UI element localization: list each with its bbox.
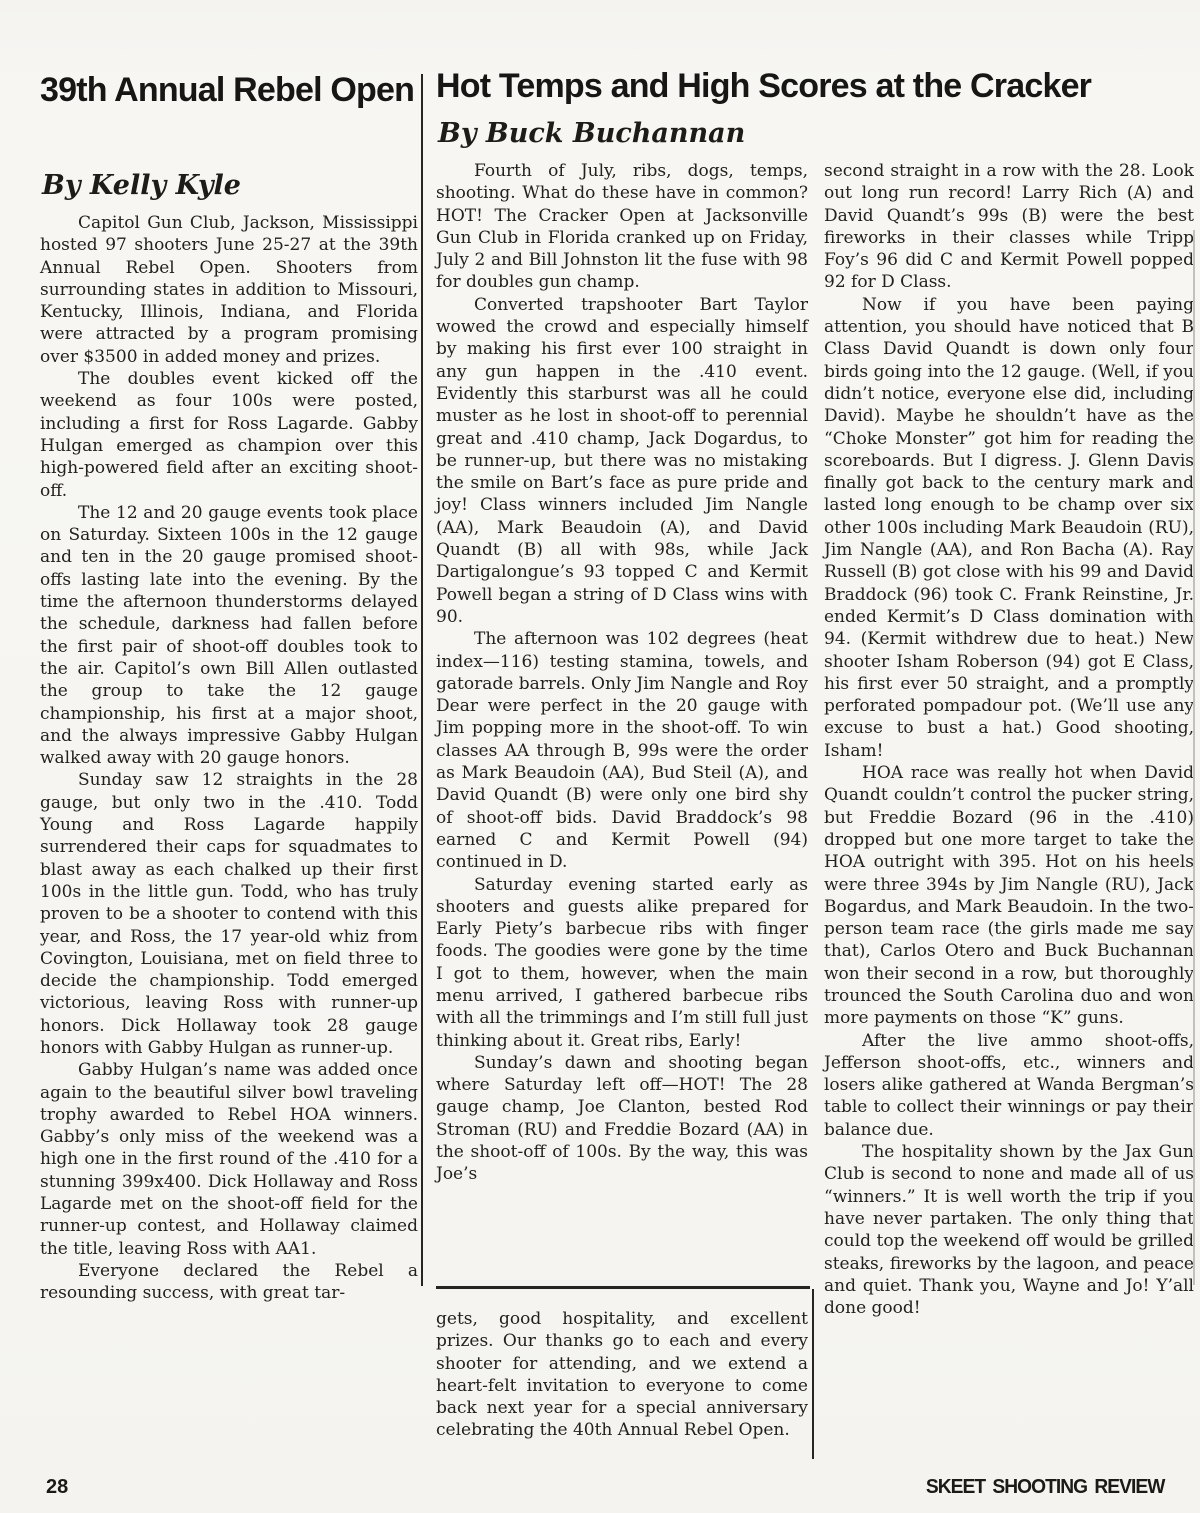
rebel-article-text-column: Capitol Gun Club, Jackson, Mississippi h…: [40, 212, 418, 1305]
article-paragraph: The hospitality shown by the Jax Gun Clu…: [824, 1141, 1194, 1319]
article-paragraph: The 12 and 20 gauge events took place on…: [40, 502, 418, 770]
article-paragraph: Fourth of July, ribs, dogs, temps, shoot…: [436, 160, 808, 294]
cracker-article-column-2: second straight in a row with the 28. Lo…: [824, 160, 1194, 1319]
article-paragraph: HOA race was really hot when David Quand…: [824, 762, 1194, 1030]
magazine-name: SKEET SHOOTING REVIEW: [926, 1476, 1164, 1499]
cracker-article-byline: By Buck Buchannan: [438, 118, 745, 149]
article-paragraph: Everyone declared the Rebel a resounding…: [40, 1260, 418, 1305]
article-paragraph: Saturday evening started early as shoote…: [436, 874, 808, 1052]
rebel-article-byline: By Kelly Kyle: [42, 170, 241, 201]
article-paragraph: gets, good hospitality, and excellent pr…: [436, 1308, 808, 1442]
article-paragraph: Gabby Hulgan’s name was added once again…: [40, 1059, 418, 1260]
article-paragraph: After the live ammo shoot-offs, Jefferso…: [824, 1030, 1194, 1141]
article-paragraph: Now if you have been paying attention, y…: [824, 294, 1194, 762]
rebel-article-continuation: gets, good hospitality, and excellent pr…: [436, 1308, 808, 1442]
bottom-column-divider-rule: [812, 1289, 814, 1459]
continuation-separator-rule: [436, 1286, 810, 1289]
article-divider-rule: [421, 74, 423, 1286]
article-paragraph: The afternoon was 102 degrees (heat inde…: [436, 628, 808, 873]
article-paragraph: Sunday’s dawn and shooting began where S…: [436, 1052, 808, 1186]
article-paragraph: The doubles event kicked off the weekend…: [40, 368, 418, 502]
cracker-article-title: Hot Temps and High Scores at the Cracker: [436, 66, 1198, 106]
article-paragraph: Sunday saw 12 straights in the 28 gauge,…: [40, 769, 418, 1059]
article-paragraph: Converted trapshooter Bart Taylor wowed …: [436, 294, 808, 628]
article-paragraph: second straight in a row with the 28. Lo…: [824, 160, 1194, 294]
magazine-page: 39th Annual Rebel Open By Kelly Kyle Cap…: [0, 0, 1200, 1513]
rebel-article-title: 39th Annual Rebel Open: [40, 64, 422, 117]
page-number: 28: [46, 1476, 68, 1499]
page-edge-scan-line: [1193, 230, 1195, 1285]
article-paragraph: Capitol Gun Club, Jackson, Mississippi h…: [40, 212, 418, 368]
cracker-article-column-1: Fourth of July, ribs, dogs, temps, shoot…: [436, 160, 808, 1186]
